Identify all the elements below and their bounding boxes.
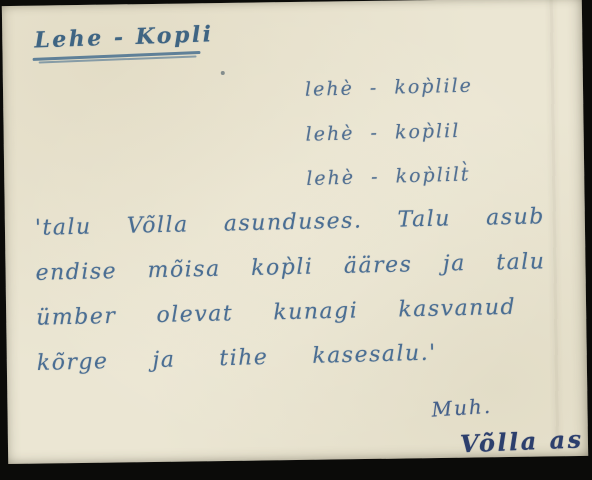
case-form-adessive: lehè - kop̀lil [305, 120, 460, 146]
card-title: Lehe - Kopli [34, 21, 214, 53]
paper-card: Lehe - Kopli lehè - kop̀lile lehè - kop̀… [2, 0, 588, 464]
body-line: kõrge ja tihe kasesalu.' [37, 341, 438, 376]
collector-signature: Muh. [431, 394, 493, 422]
location-note: Võlla as [459, 424, 584, 458]
paper-crease [550, 0, 559, 450]
case-form-ablative: lehè - kop̀lilt̀ [306, 163, 471, 190]
case-form-allative: lehè - kop̀lile [305, 75, 473, 101]
ink-speck [221, 71, 225, 75]
body-line: 'talu Võlla asunduses. Talu asub [35, 204, 545, 241]
body-line: endise mõisa kop̀li ääres ja talu [35, 249, 545, 286]
body-line: ümber olevat kunagi kasvanud [36, 295, 516, 331]
